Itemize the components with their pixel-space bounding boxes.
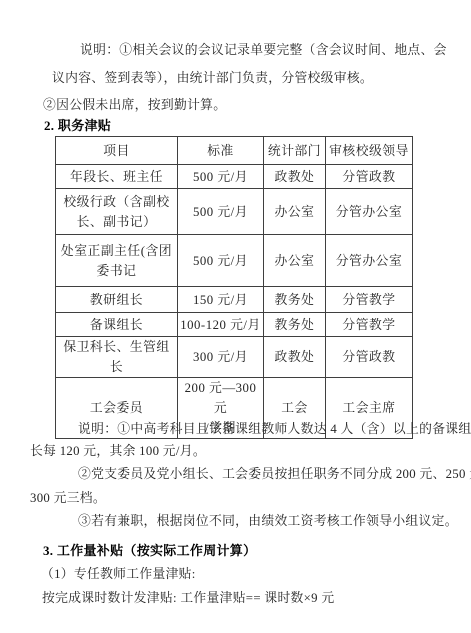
section3-heading: 3. 工作量补贴（按实际工作周计算） xyxy=(43,543,256,559)
table-row: 处室正副主任(含团 委书记 500 元/月 办公室 分管办公室 xyxy=(56,235,413,287)
intro-note-line-2: 议内容、签到表等），由统计部门负责，分管校级审核。 xyxy=(52,70,373,86)
section3-line-1: （1）专任教师工作量津贴: xyxy=(41,566,196,582)
table-row: 教研组长 150 元/月 教务处 分管教学 xyxy=(56,287,413,313)
duty-allowance-table: 项目 标准 统计部门 审核校级领导 年段长、班主任 500 元/月 政教处 分管… xyxy=(55,136,413,439)
cell-standard: 300 元/月 xyxy=(178,337,264,378)
col-header-item: 项目 xyxy=(56,137,178,165)
cell-standard: 500 元/月 xyxy=(178,165,264,189)
col-header-dept: 统计部门 xyxy=(264,137,326,165)
cell-dept: 教务处 xyxy=(264,313,326,337)
table-row: 备课组长 100-120 元/月 教务处 分管教学 xyxy=(56,313,413,337)
table-note-line-5: ③若有兼职，根据岗位不同，由绩效工资考核工作领导小组议定。 xyxy=(78,513,458,529)
cell-standard: 500 元/月 xyxy=(178,235,264,287)
table-row: 年段长、班主任 500 元/月 政教处 分管政教 xyxy=(56,165,413,189)
cell-dept: 政教处 xyxy=(264,165,326,189)
cell-item: 校级行政（含副校 长、副书记） xyxy=(56,189,178,235)
cell-reviewer: 分管政教 xyxy=(326,165,413,189)
cell-standard: 100-120 元/月 xyxy=(178,313,264,337)
cell-dept: 教务处 xyxy=(264,287,326,313)
section2-heading: 2. 职务津贴 xyxy=(44,118,111,134)
table-row: 保卫科长、生管组长 300 元/月 政教处 分管政教 xyxy=(56,337,413,378)
document-page: 说明：①相关会议的会议记录单要完整（含会议时间、地点、会 议内容、签到表等），由… xyxy=(0,0,471,633)
table-note-line-4: 300 元三档。 xyxy=(30,490,106,506)
table-header-row: 项目 标准 统计部门 审核校级领导 xyxy=(56,137,413,165)
cell-reviewer: 分管办公室 xyxy=(326,189,413,235)
table-note-line-3: ②党支委员及党小组长、工会委员按担任职务不同分成 200 元、250 元、 xyxy=(78,466,471,482)
table-note-line-1: 说明：①中高考科目且该备课组教师人数达 4 人（含）以上的备课组 xyxy=(78,421,471,437)
cell-reviewer: 分管政教 xyxy=(326,337,413,378)
cell-item: 处室正副主任(含团 委书记 xyxy=(56,235,178,287)
cell-item: 年段长、班主任 xyxy=(56,165,178,189)
intro-note-line-1: 说明：①相关会议的会议记录单要完整（含会议时间、地点、会 xyxy=(80,42,447,58)
section3-line-2: 按完成课时数计发津贴: 工作量津贴== 课时数×9 元 xyxy=(42,590,334,606)
cell-dept: 办公室 xyxy=(264,189,326,235)
cell-item: 保卫科长、生管组长 xyxy=(56,337,178,378)
cell-standard: 500 元/月 xyxy=(178,189,264,235)
cell-reviewer: 分管教学 xyxy=(326,287,413,313)
cell-item: 备课组长 xyxy=(56,313,178,337)
table-note-line-2: 长每 120 元，其余 100 元/月。 xyxy=(30,443,206,459)
table-row: 校级行政（含副校 长、副书记） 500 元/月 办公室 分管办公室 xyxy=(56,189,413,235)
cell-dept: 政教处 xyxy=(264,337,326,378)
cell-dept: 办公室 xyxy=(264,235,326,287)
cell-standard: 150 元/月 xyxy=(178,287,264,313)
cell-item: 教研组长 xyxy=(56,287,178,313)
cell-reviewer: 分管教学 xyxy=(326,313,413,337)
cell-reviewer: 分管办公室 xyxy=(326,235,413,287)
intro-note-line-3: ②因公假未出席，按到勤计算。 xyxy=(43,97,226,113)
col-header-standard: 标准 xyxy=(178,137,264,165)
col-header-reviewer: 审核校级领导 xyxy=(326,137,413,165)
